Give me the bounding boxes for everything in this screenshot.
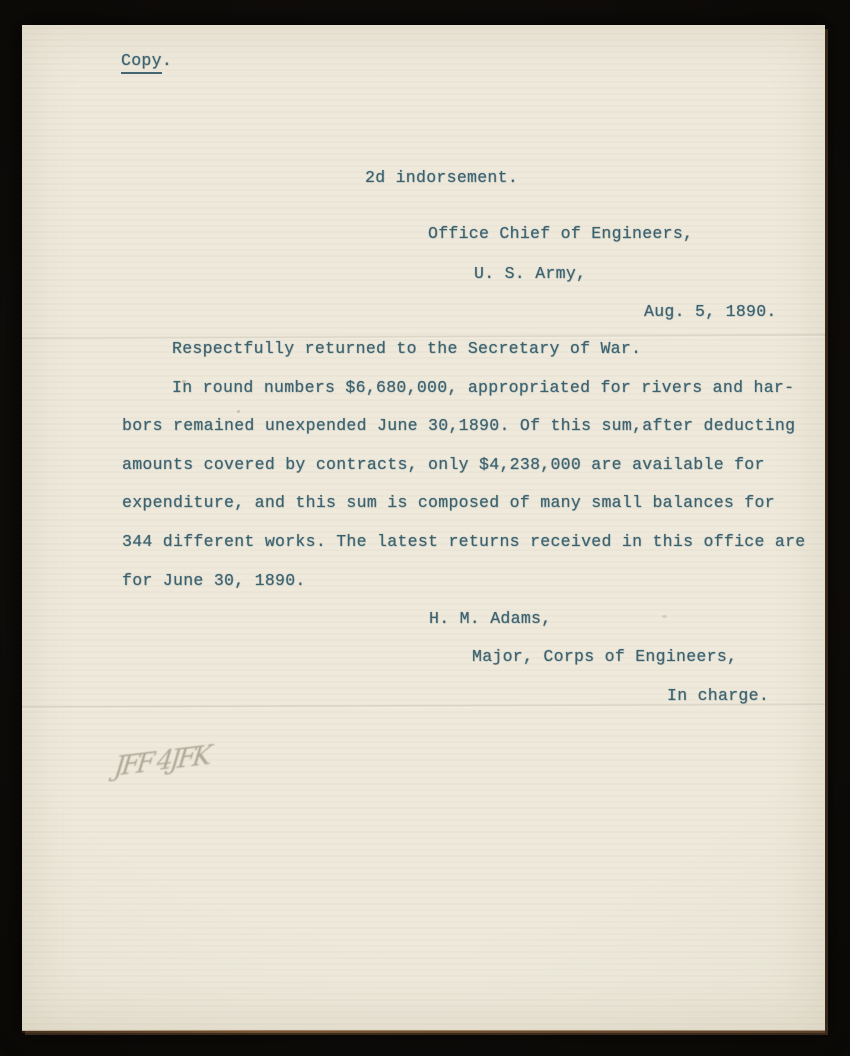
body-text-line: bors remained unexpended June 30,1890. O… [122, 407, 812, 446]
paper-speck [662, 615, 667, 618]
indorsement-heading: 2d indorsement. [365, 168, 518, 187]
army-address-line: U. S. Army, [474, 264, 586, 283]
office-address-line: Office Chief of Engineers, [428, 224, 693, 243]
body-text-line: expenditure, and this sum is composed of… [122, 484, 812, 523]
letter-body: Respectfully returned to the Secretary o… [122, 330, 812, 600]
date-line: Aug. 5, 1890. [644, 302, 777, 321]
letter-paper-sheet: Copy. 2d indorsement. Office Chief of En… [22, 25, 825, 1031]
scanned-document-background: Copy. 2d indorsement. Office Chief of En… [0, 0, 850, 1056]
body-text-line: for June 30, 1890. [122, 562, 812, 601]
signature-role: In charge. [667, 686, 769, 705]
signature-title: Major, Corps of Engineers, [472, 647, 737, 666]
copy-heading: Copy. [121, 51, 172, 70]
body-text-line: 344 different works. The latest returns … [122, 523, 812, 562]
copy-heading-underlined-word: Copy [121, 51, 162, 74]
handwritten-pencil-initials: JFF 4JFK [112, 741, 210, 783]
body-text-line: amounts covered by contracts, only $4,23… [122, 446, 812, 485]
salutation-line: Respectfully returned to the Secretary o… [122, 330, 812, 369]
signature-name: H. M. Adams, [429, 609, 551, 628]
copy-heading-period: . [162, 51, 172, 70]
body-text-line: In round numbers $6,680,000, appropriate… [122, 369, 812, 408]
paper-bottom-edge [22, 1030, 825, 1033]
